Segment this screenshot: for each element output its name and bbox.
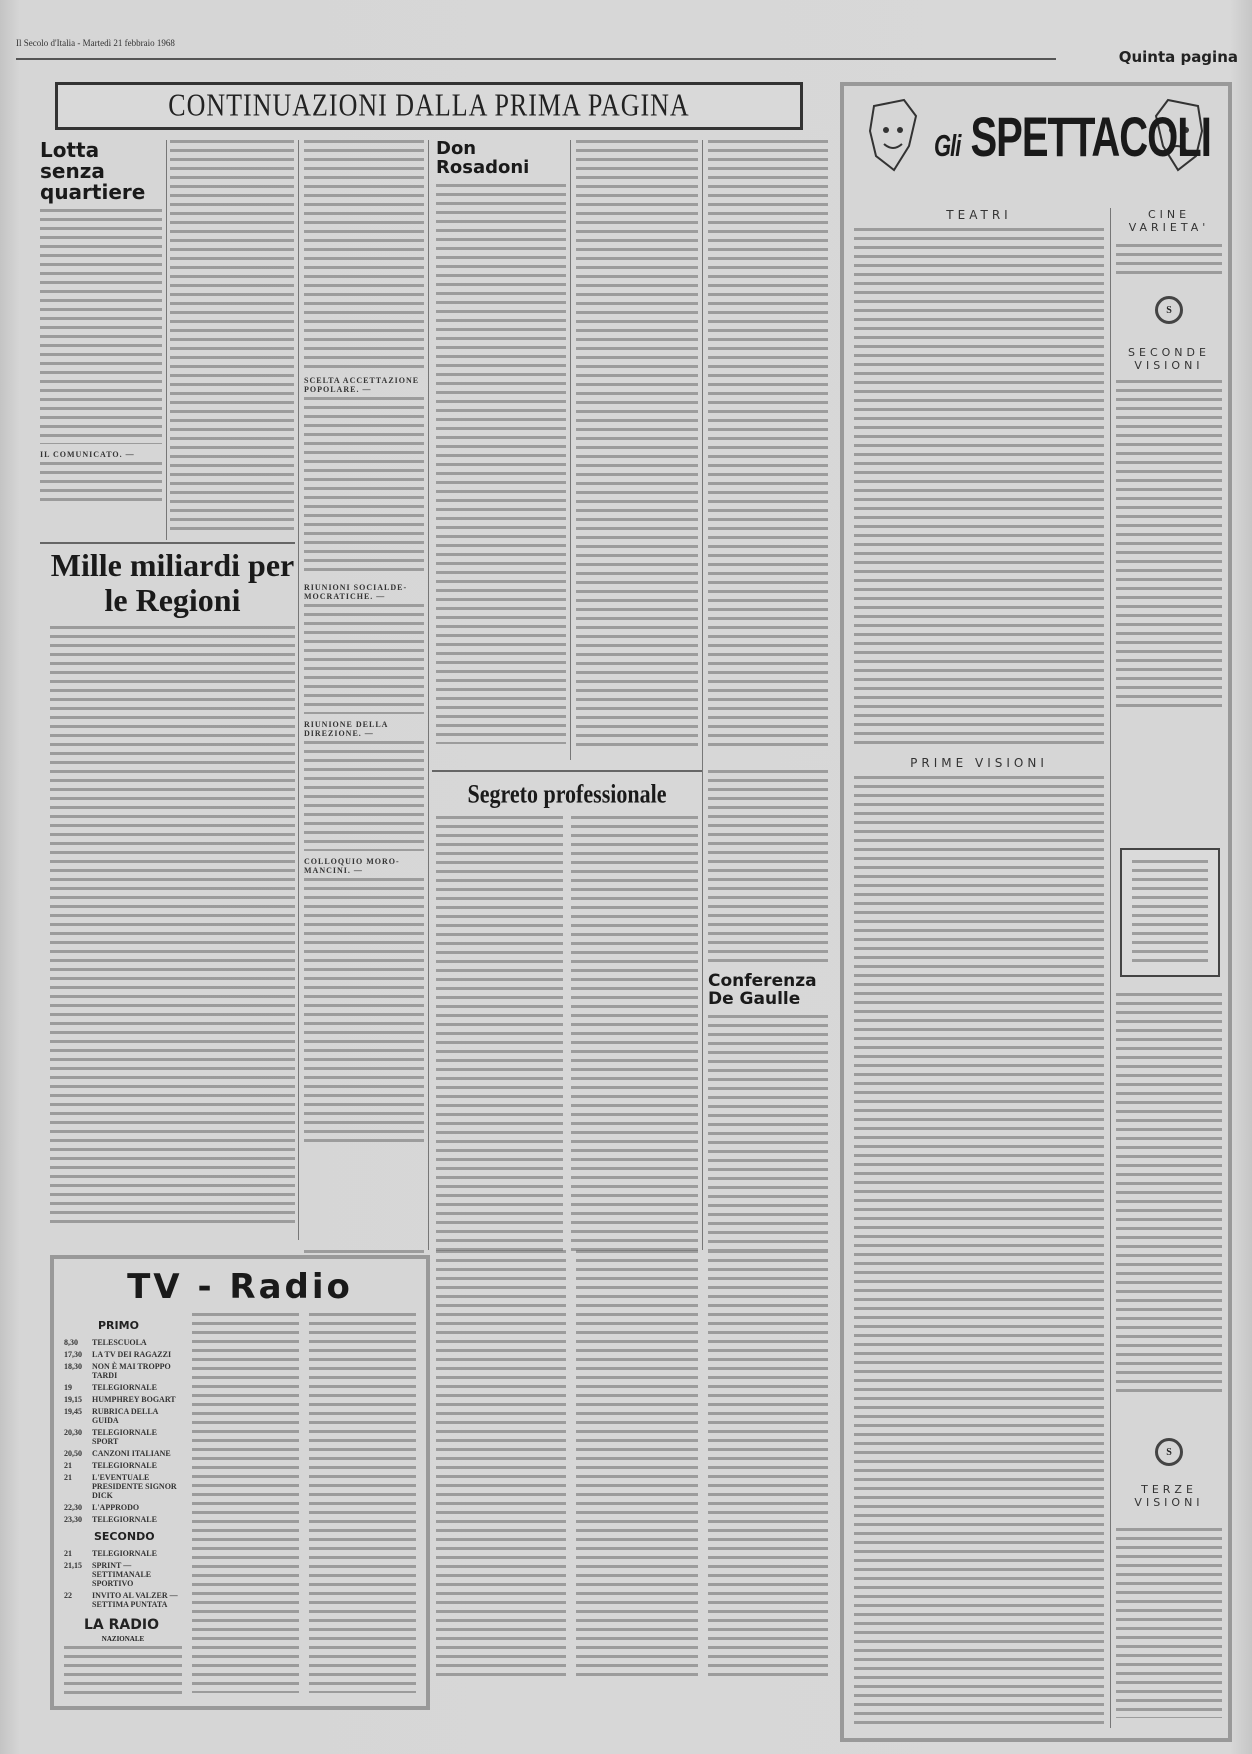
program-time: 21 bbox=[64, 1461, 92, 1470]
program-title: Non è mai troppo tardi bbox=[92, 1362, 182, 1380]
article-body bbox=[304, 397, 424, 577]
spettacoli-title-text: SPETTACOLI bbox=[970, 107, 1210, 169]
program-title: Humphrey Bogart bbox=[92, 1395, 182, 1404]
column-right-main: Conferenza De Gaulle bbox=[708, 770, 828, 1250]
subhead-comunicato: IL COMUNICATO. — bbox=[40, 450, 162, 459]
subhead-colloquio: COLLOQUIO MORO-MANCINI. — bbox=[304, 857, 424, 875]
spettacoli-panel: Gli SPETTACOLI TEATRI PRIME VISIONI CINE… bbox=[840, 82, 1232, 1742]
tv-program-row: 18,30Non è mai troppo tardi bbox=[64, 1362, 182, 1380]
article-segreto-cont bbox=[576, 1250, 698, 1690]
tv-program-row: 20,50Canzoni italiane bbox=[64, 1449, 182, 1458]
tv-program-row: 21,15Sprint — Settimanale sportivo bbox=[64, 1561, 182, 1588]
article-degaulle-cont bbox=[708, 1250, 828, 1690]
headline-rosadoni: Don Rosadoni bbox=[436, 140, 566, 178]
spettacoli-listings: TEATRI PRIME VISIONI bbox=[854, 208, 1104, 1728]
tv-primo-list: 8,30Telescuola17,30La TV dei ragazzi18,3… bbox=[64, 1338, 182, 1524]
section-terze-visioni: TERZE VISIONI bbox=[1116, 1483, 1222, 1509]
tv-program-row: 21Telegiornale bbox=[64, 1549, 182, 1558]
program-time: 17,30 bbox=[64, 1350, 92, 1359]
spettacoli-title-prefix: Gli bbox=[934, 128, 960, 163]
section-prime-visioni: PRIME VISIONI bbox=[854, 756, 1104, 770]
headline-mille: Mille miliardi per le Regioni bbox=[50, 548, 295, 618]
spettacoli-title: Gli SPETTACOLI bbox=[934, 107, 1211, 170]
section-cine-varieta: CINE VARIETA' bbox=[1116, 208, 1222, 234]
spettacoli-side: CINE VARIETA' S SECONDE VISIONI S TERZE … bbox=[1116, 208, 1222, 1728]
banner-title: CONTINUAZIONI DALLA PRIMA PAGINA bbox=[168, 88, 689, 124]
program-title: Telegiornale sport bbox=[92, 1428, 182, 1446]
program-title: Telegiornale bbox=[92, 1461, 182, 1470]
program-time: 21 bbox=[64, 1473, 92, 1500]
article-body bbox=[436, 184, 566, 744]
article-segreto-cont2 bbox=[436, 1250, 566, 1690]
column-divider bbox=[570, 140, 571, 760]
tv-primo-label: PRIMO bbox=[98, 1319, 182, 1332]
program-time: 22 bbox=[64, 1591, 92, 1609]
program-title: Rubrica della guida bbox=[92, 1407, 182, 1425]
tv-program-row: 19Telegiornale bbox=[64, 1383, 182, 1392]
program-title: Canzoni italiane bbox=[92, 1449, 182, 1458]
article-body bbox=[170, 140, 294, 535]
program-title: Invito al valzer — Settima puntata bbox=[92, 1591, 182, 1609]
program-title: L'eventuale presidente signor Dick bbox=[92, 1473, 182, 1500]
tv-program-row: 22Invito al valzer — Settima puntata bbox=[64, 1591, 182, 1609]
section-teatri: TEATRI bbox=[854, 208, 1104, 222]
headline-degaulle: Conferenza De Gaulle bbox=[708, 973, 828, 1009]
program-time: 20,50 bbox=[64, 1449, 92, 1458]
prime-visioni-listings bbox=[854, 776, 1104, 1728]
program-time: 19,15 bbox=[64, 1395, 92, 1404]
tv-program-row: 8,30Telescuola bbox=[64, 1338, 182, 1347]
cine-varieta-listings bbox=[1116, 244, 1222, 274]
seal-icon-wrap: S bbox=[1116, 1438, 1222, 1466]
tv-program-row: 22,30L'approdo bbox=[64, 1503, 182, 1512]
article-body bbox=[40, 462, 162, 502]
column-divider bbox=[166, 140, 167, 540]
article-body bbox=[436, 816, 563, 1252]
program-time: 21,15 bbox=[64, 1561, 92, 1588]
section-seconde-visioni: SECONDE VISIONI bbox=[1116, 346, 1222, 372]
column-divider bbox=[298, 140, 299, 1240]
column-politics: SCELTA ACCETTAZIONE POPOLARE. — RIUNIONI… bbox=[304, 140, 424, 1250]
tv-program-row: 19,15Humphrey Bogart bbox=[64, 1395, 182, 1404]
article-segreto: Segreto professionale bbox=[436, 782, 698, 1252]
headline-segreto: Segreto professionale bbox=[436, 782, 698, 809]
article-body bbox=[436, 1250, 566, 1680]
article-body bbox=[708, 770, 828, 965]
program-time: 8,30 bbox=[64, 1338, 92, 1347]
newspaper-page: Il Secolo d'Italia - Martedì 21 febbraio… bbox=[0, 0, 1252, 1754]
tv-program-row: 23,30Telegiornale bbox=[64, 1515, 182, 1524]
program-time: 23,30 bbox=[64, 1515, 92, 1524]
theater-mask-icon bbox=[864, 96, 926, 176]
article-body bbox=[40, 209, 162, 444]
section-rule bbox=[40, 542, 295, 544]
article-body bbox=[571, 816, 698, 1252]
page-name: Quinta pagina bbox=[1119, 48, 1238, 66]
radio-body bbox=[64, 1646, 182, 1696]
masthead-rule bbox=[16, 58, 1056, 60]
program-time: 22,30 bbox=[64, 1503, 92, 1512]
radio-sub: NAZIONALE bbox=[64, 1635, 182, 1643]
program-time: 18,30 bbox=[64, 1362, 92, 1380]
program-title: Telegiornale bbox=[92, 1549, 182, 1558]
article-body bbox=[304, 604, 424, 714]
tv-radio-box: TV - Radio PRIMO 8,30Telescuola17,30La T… bbox=[50, 1255, 430, 1710]
headline-lotta: Lotta senza quartiere bbox=[40, 140, 162, 203]
article-body bbox=[304, 878, 424, 1148]
program-time: 19,45 bbox=[64, 1407, 92, 1425]
seconde-visioni-listings-cont bbox=[1116, 993, 1222, 1393]
column-divider bbox=[702, 140, 703, 1250]
article-body bbox=[708, 1250, 828, 1680]
program-title: Telegiornale bbox=[92, 1383, 182, 1392]
tv-program-row: 17,30La TV dei ragazzi bbox=[64, 1350, 182, 1359]
ad-text bbox=[1132, 860, 1208, 964]
program-time: 19 bbox=[64, 1383, 92, 1392]
subhead-scelta: SCELTA ACCETTAZIONE POPOLARE. — bbox=[304, 376, 424, 394]
tv-program-row: 21Telegiornale bbox=[64, 1461, 182, 1470]
seal-icon: S bbox=[1155, 1438, 1183, 1466]
seconde-visioni-listings bbox=[1116, 380, 1222, 710]
tv-secondo-label: SECONDO bbox=[94, 1530, 182, 1543]
article-body bbox=[304, 741, 424, 851]
tv-radio-title: TV - Radio bbox=[54, 1267, 426, 1307]
tv-schedule: PRIMO 8,30Telescuola17,30La TV dei ragaz… bbox=[64, 1313, 182, 1696]
program-time: 21 bbox=[64, 1549, 92, 1558]
tv-program-row: 19,45Rubrica della guida bbox=[64, 1407, 182, 1425]
article-lotta-cont bbox=[170, 140, 294, 540]
program-title: La TV dei ragazzi bbox=[92, 1350, 182, 1359]
article-body bbox=[576, 140, 698, 750]
masthead-date: Il Secolo d'Italia - Martedì 21 febbraio… bbox=[16, 38, 175, 48]
program-title: L'approdo bbox=[92, 1503, 182, 1512]
article-body bbox=[708, 140, 828, 750]
teatri-listings bbox=[854, 228, 1104, 748]
tv-radio-body bbox=[309, 1313, 416, 1693]
tv-program-row: 21L'eventuale presidente signor Dick bbox=[64, 1473, 182, 1500]
section-rule bbox=[432, 770, 702, 772]
article-lotta: Lotta senza quartiere IL COMUNICATO. — bbox=[40, 140, 162, 540]
article-rosadoni: Don Rosadoni bbox=[436, 140, 566, 760]
article-rosadoni-cont2 bbox=[708, 140, 828, 760]
seal-icon: S bbox=[1155, 296, 1183, 324]
subhead-riunioni: RIUNIONI SOCIALDE-MOCRATICHE. — bbox=[304, 583, 424, 601]
article-body bbox=[304, 140, 424, 370]
seal-icon-wrap: S bbox=[1116, 296, 1222, 324]
tv-radio-body bbox=[192, 1313, 299, 1693]
column-divider bbox=[428, 140, 429, 1250]
radio-label: LA RADIO bbox=[84, 1617, 182, 1633]
program-time: 20,30 bbox=[64, 1428, 92, 1446]
article-rosadoni-cont bbox=[576, 140, 698, 760]
tv-secondo-list: 21Telegiornale21,15Sprint — Settimanale … bbox=[64, 1549, 182, 1609]
program-title: Telescuola bbox=[92, 1338, 182, 1347]
terze-visioni-listings bbox=[1116, 1528, 1222, 1718]
subhead-direzione: RIUNIONE DELLA DIREZIONE. — bbox=[304, 720, 424, 738]
article-body bbox=[576, 1250, 698, 1680]
article-mille: Mille miliardi per le Regioni bbox=[50, 548, 295, 1243]
advertisement-box bbox=[1120, 848, 1220, 977]
continuations-banner: CONTINUAZIONI DALLA PRIMA PAGINA bbox=[55, 82, 803, 130]
program-title: Telegiornale bbox=[92, 1515, 182, 1524]
article-body bbox=[708, 1015, 828, 1250]
column-divider bbox=[1110, 208, 1111, 1728]
program-title: Sprint — Settimanale sportivo bbox=[92, 1561, 182, 1588]
article-body bbox=[50, 626, 295, 1226]
tv-program-row: 20,30Telegiornale sport bbox=[64, 1428, 182, 1446]
